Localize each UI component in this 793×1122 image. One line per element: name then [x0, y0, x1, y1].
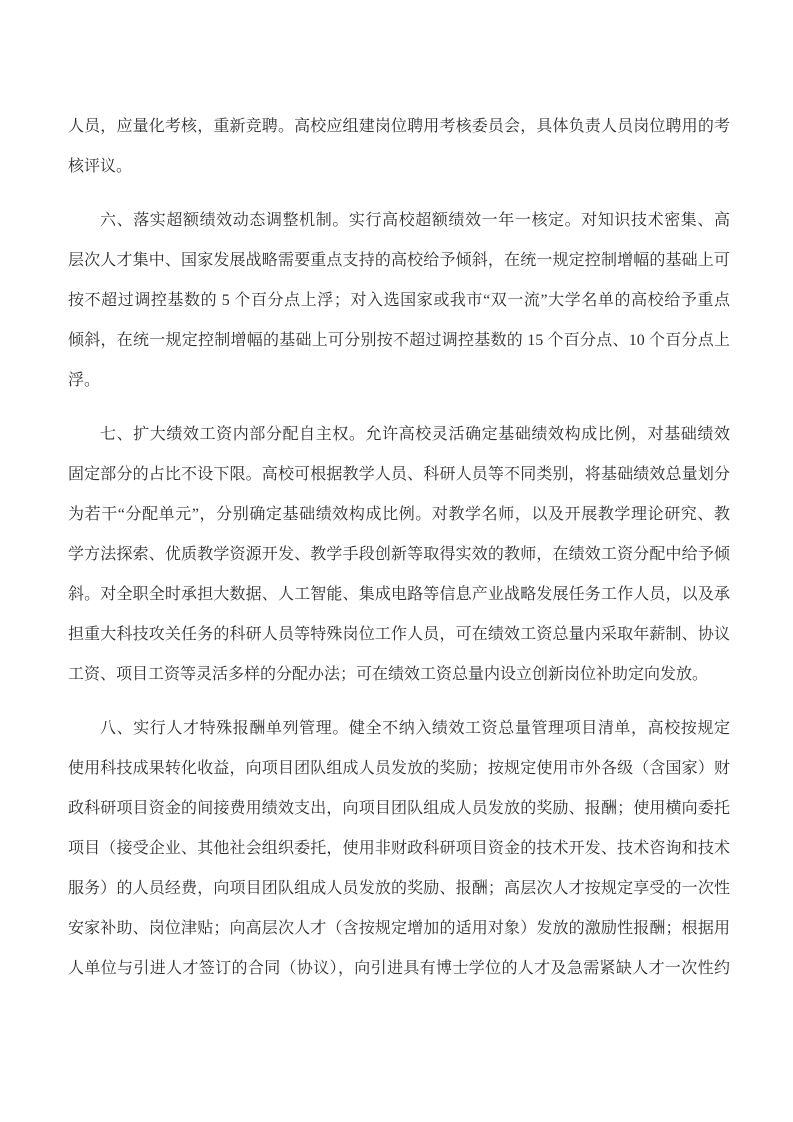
text-line: 核评议。 [68, 147, 730, 187]
text-line: 服务）的人员经费，向项目团队组成人员发放的奖励、报酬；高层次人才按规定享受的一次… [68, 869, 730, 909]
text-line: 为若干“分配单元”，分别确定基础绩效构成比例。对教学名师，以及开展教学理论研究、… [68, 495, 730, 535]
document-page: 人员，应量化考核，重新竞聘。高校应组建岗位聘用考核委员会，具体负责人员岗位聘用的… [0, 0, 793, 1122]
text-line: 项目（接受企业、其他社会组织委托，使用非财政科研项目资金的技术开发、技术咨询和技… [68, 829, 730, 869]
text-line: 浮。 [68, 361, 730, 401]
text-line: 按不超过调控基数的 5 个百分点上浮；对入选国家或我市“双一流”大学名单的高校给… [68, 281, 730, 321]
paragraph-item-7: 七、扩大绩效工资内部分配自主权。允许高校灵活确定基础绩效构成比例，对基础绩效 固… [68, 415, 730, 695]
paragraph-continuation: 人员，应量化考核，重新竞聘。高校应组建岗位聘用考核委员会，具体负责人员岗位聘用的… [68, 107, 730, 187]
text-line: 斜。对全职全时承担大数据、人工智能、集成电路等信息产业战略发展任务工作人员，以及… [68, 575, 730, 615]
text-line: 学方法探索、优质教学资源开发、教学手段创新等取得实效的教师，在绩效工资分配中给予… [68, 535, 730, 575]
text-line: 倾斜，在统一规定控制增幅的基础上可分别按不超过调控基数的 15 个百分点、10 … [68, 321, 730, 361]
text-line: 安家补助、岗位津贴；向高层次人才（含按规定增加的适用对象）发放的激励性报酬；根据… [68, 909, 730, 949]
text-line: 工资、项目工资等灵活多样的分配办法；可在绩效工资总量内设立创新岗位补助定向发放。 [68, 655, 730, 695]
text-line: 担重大科技攻关任务的科研人员等特殊岗位工作人员，可在绩效工资总量内采取年薪制、协… [68, 615, 730, 655]
paragraph-item-8: 八、实行人才特殊报酬单列管理。健全不纳入绩效工资总量管理项目清单，高校按规定 使… [68, 709, 730, 989]
text-line: 七、扩大绩效工资内部分配自主权。允许高校灵活确定基础绩效构成比例，对基础绩效 [68, 415, 730, 455]
paragraph-item-6: 六、落实超额绩效动态调整机制。实行高校超额绩效一年一核定。对知识技术密集、高 层… [68, 201, 730, 401]
text-line: 使用科技成果转化收益，向项目团队组成人员发放的奖励；按规定使用市外各级（含国家）… [68, 749, 730, 789]
text-line: 人员，应量化考核，重新竞聘。高校应组建岗位聘用考核委员会，具体负责人员岗位聘用的… [68, 107, 730, 147]
text-line: 固定部分的占比不设下限。高校可根据教学人员、科研人员等不同类别，将基础绩效总量划… [68, 455, 730, 495]
text-line: 人单位与引进人才签订的合同（协议），向引进具有博士学位的人才及急需紧缺人才一次性… [68, 949, 730, 989]
text-line: 八、实行人才特殊报酬单列管理。健全不纳入绩效工资总量管理项目清单，高校按规定 [68, 709, 730, 749]
text-line: 政科研项目资金的间接费用绩效支出，向项目团队组成人员发放的奖励、报酬；使用横向委… [68, 789, 730, 829]
text-line: 六、落实超额绩效动态调整机制。实行高校超额绩效一年一核定。对知识技术密集、高 [68, 201, 730, 241]
text-line: 层次人才集中、国家发展战略需要重点支持的高校给予倾斜，在统一规定控制增幅的基础上… [68, 241, 730, 281]
